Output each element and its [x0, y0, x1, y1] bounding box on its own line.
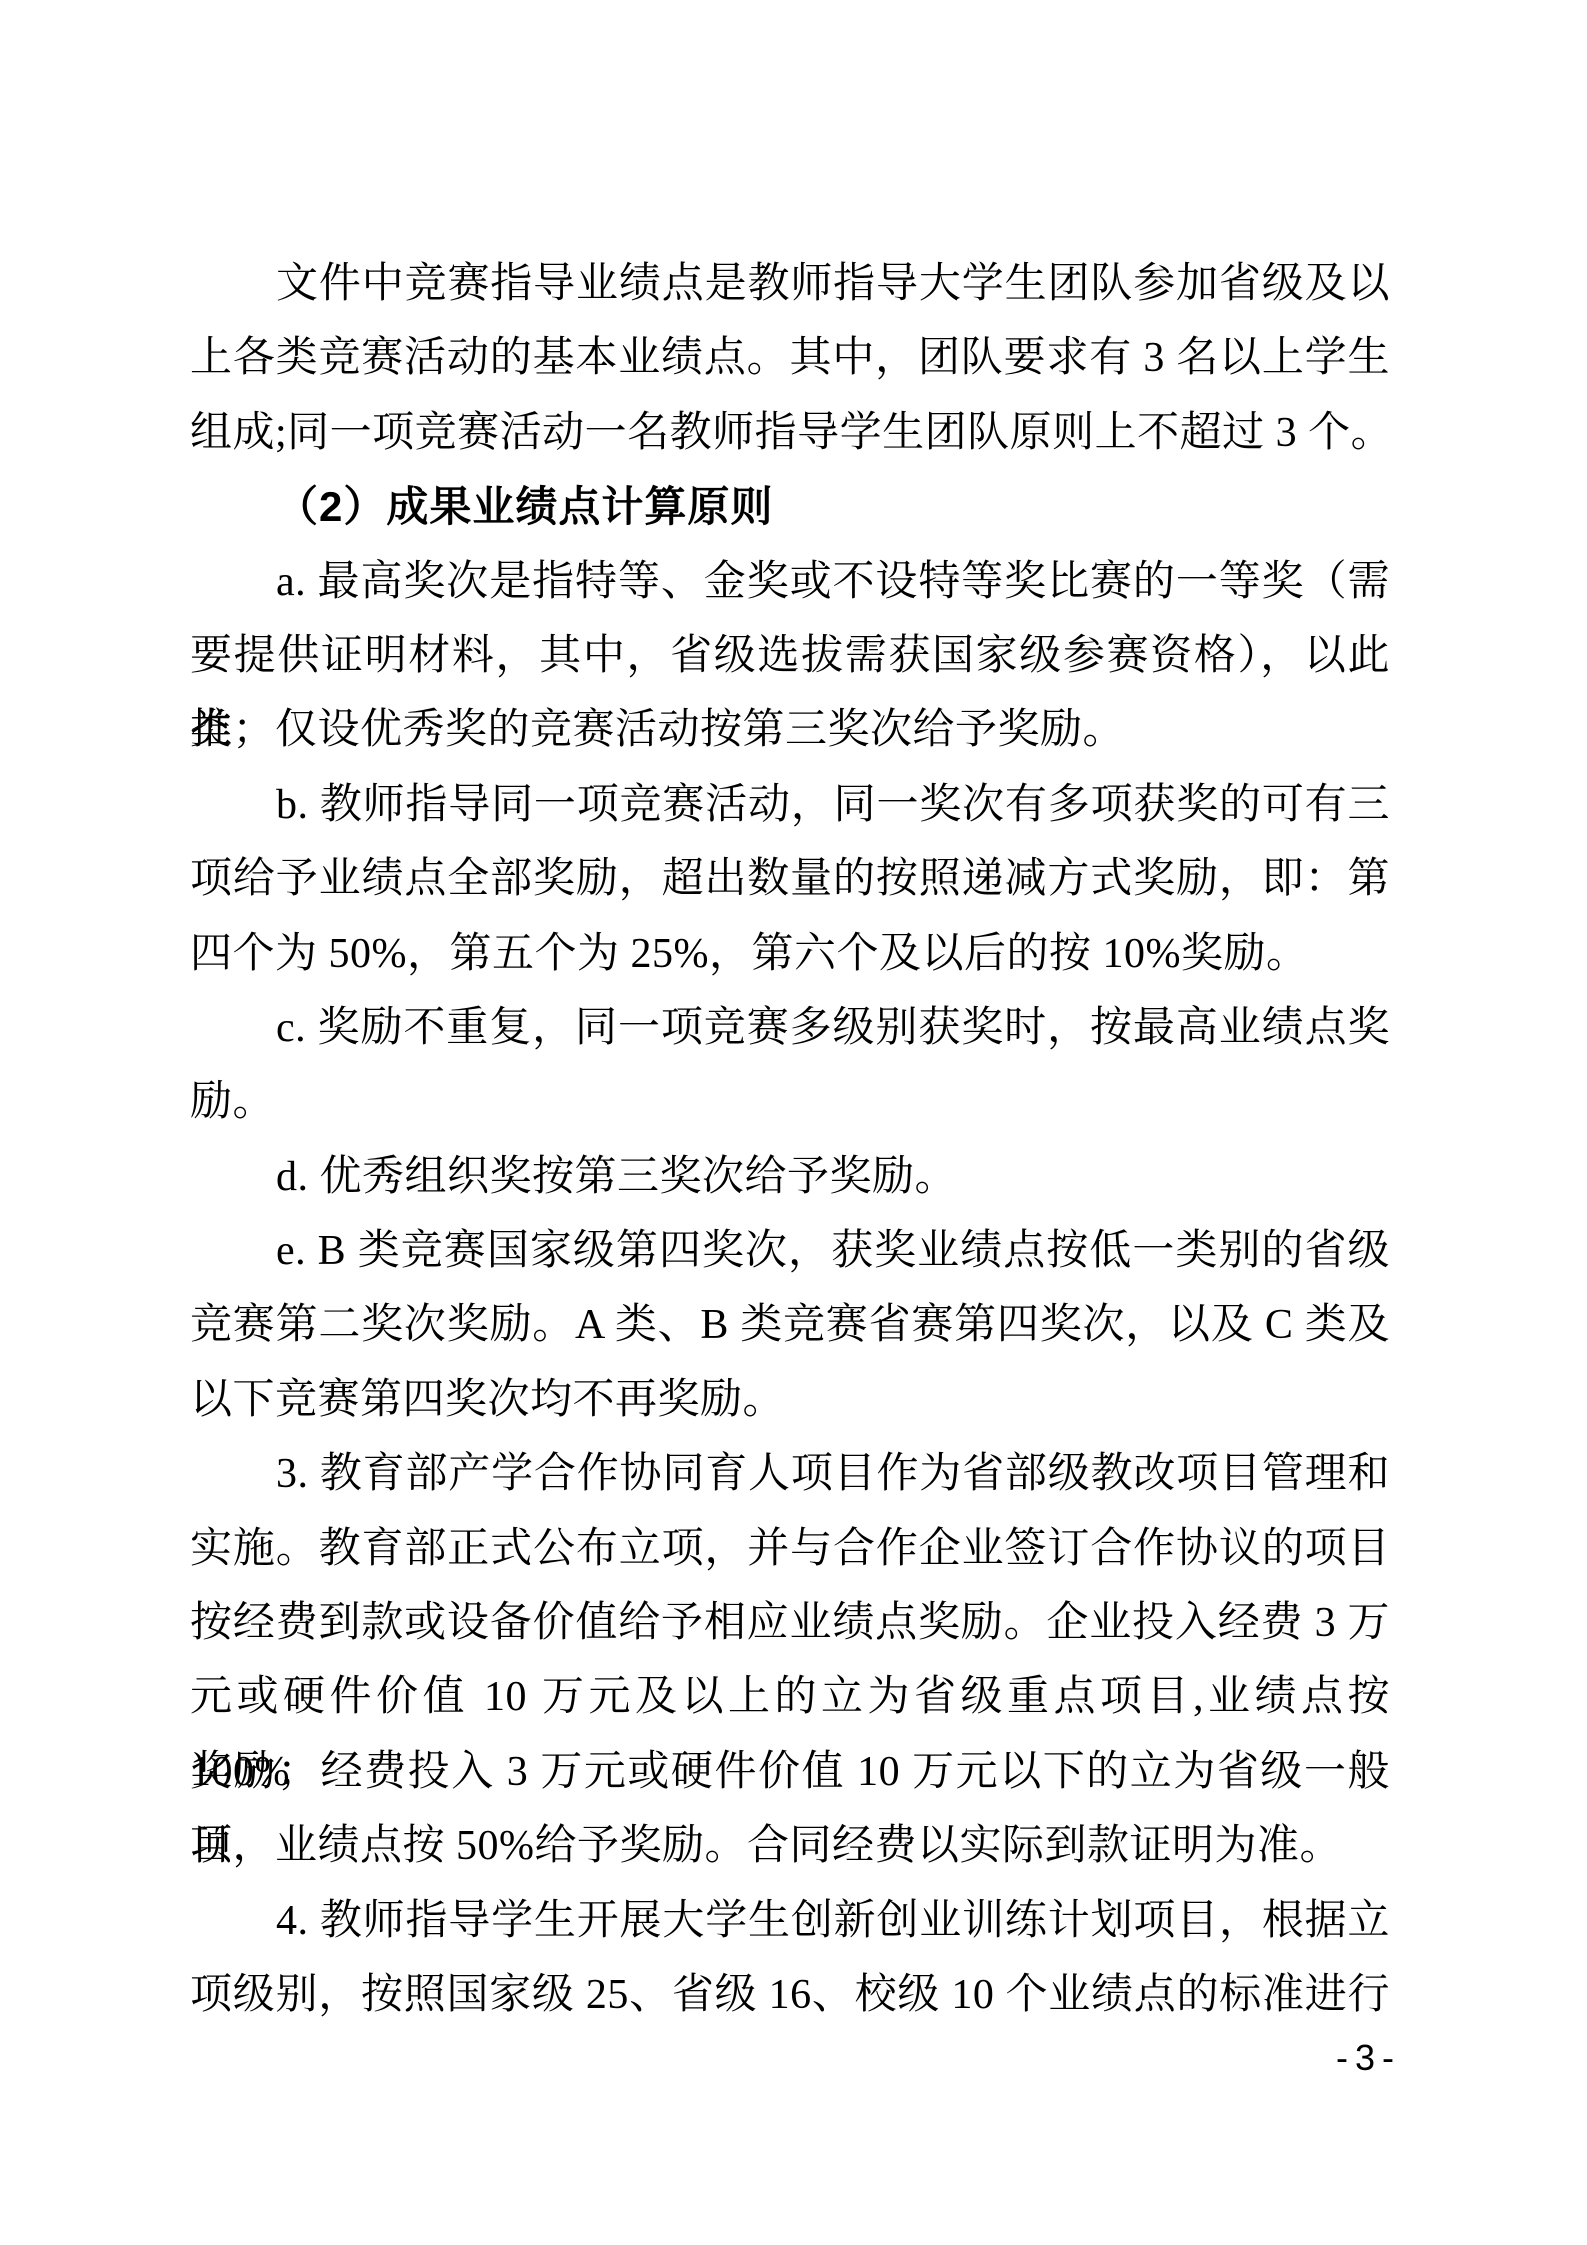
text-line: 励。: [190, 1065, 1390, 1139]
text-line: 按经费到款或设备价值给予相应业绩点奖励。企业投入经费 3 万: [190, 1586, 1390, 1660]
text-line: 4. 教师指导学生开展大学生创新创业训练计划项目，根据立: [190, 1884, 1390, 1958]
text-line: a. 最高奖次是指特等、金奖或不设特等奖比赛的一等奖（需: [190, 545, 1390, 619]
text-line: 奖励；经费投入 3 万元或硬件价值 10 万元以下的立为省级一般项: [190, 1735, 1390, 1809]
page-number: -3-: [1336, 2036, 1401, 2080]
text-line: e. B 类竞赛国家级第四奖次，获奖业绩点按低一类别的省级: [190, 1214, 1390, 1288]
text-line: b. 教师指导同一项竞赛活动，同一奖次有多项获奖的可有三: [190, 768, 1390, 842]
text-line: 文件中竞赛指导业绩点是教师指导大学生团队参加省级及以: [190, 247, 1390, 321]
text-line: d. 优秀组织奖按第三奖次给予奖励。: [190, 1140, 1390, 1214]
document-body: 文件中竞赛指导业绩点是教师指导大学生团队参加省级及以 上各类竞赛活动的基本业绩点…: [190, 247, 1390, 2032]
text-line: 以下竞赛第四奖次均不再奖励。: [190, 1363, 1390, 1437]
text-line: 实施。教育部正式公布立项，并与合作企业签订合作协议的项目: [190, 1512, 1390, 1586]
text-line: 项给予业绩点全部奖励，超出数量的按照递减方式奖励，即：第: [190, 842, 1390, 916]
text-line: c. 奖励不重复，同一项竞赛多级别获奖时，按最高业绩点奖: [190, 991, 1390, 1065]
text-line: 要提供证明材料，其中，省级选拔需获国家级参赛资格），以此类: [190, 619, 1390, 693]
text-line: 目，业绩点按 50%给予奖励。合同经费以实际到款证明为准。: [190, 1809, 1390, 1883]
text-line: 四个为 50%，第五个为 25%，第六个及以后的按 10%奖励。: [190, 917, 1390, 991]
text-line: 元或硬件价值 10 万元及以上的立为省级重点项目,业绩点按 100%: [190, 1660, 1390, 1734]
text-line: 上各类竞赛活动的基本业绩点。其中，团队要求有 3 名以上学生: [190, 321, 1390, 395]
text-line: 组成;同一项竞赛活动一名教师指导学生团队原则上不超过 3 个。: [190, 396, 1390, 470]
document-page: { "page": { "background": "#ffffff", "pa…: [0, 0, 1587, 2245]
section-heading: （2）成果业绩点计算原则: [190, 470, 1390, 544]
text-line: 竞赛第二奖次奖励。A 类、B 类竞赛省赛第四奖次，以及 C 类及: [190, 1288, 1390, 1362]
text-line: 项级别，按照国家级 25、省级 16、校级 10 个业绩点的标准进行: [190, 1958, 1390, 2032]
text-line: 推；仅设优秀奖的竞赛活动按第三奖次给予奖励。: [190, 693, 1390, 767]
text-line: 3. 教育部产学合作协同育人项目作为省部级教改项目管理和: [190, 1437, 1390, 1511]
